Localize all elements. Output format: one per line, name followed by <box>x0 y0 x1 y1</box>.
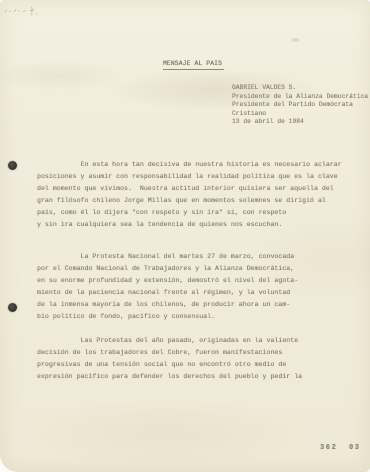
author-role-3: Cristiano <box>232 110 368 119</box>
archive-stamp: 362 03 <box>320 444 361 452</box>
author-name: GABRIEL VALDES S. <box>232 84 368 93</box>
document-title: MENSAJE AL PAIS <box>163 60 224 70</box>
paragraph-2: La Protesta Nacional del martes 27 de ma… <box>37 251 355 324</box>
hole-punch-bottom <box>8 303 17 312</box>
pencil-annotation <box>3 4 45 18</box>
paper-smudge <box>291 38 300 42</box>
scanned-document: MENSAJE AL PAIS GABRIEL VALDES S. Presid… <box>0 0 370 472</box>
author-block: GABRIEL VALDES S. Presidente de la Alian… <box>232 84 368 127</box>
document-page: MENSAJE AL PAIS GABRIEL VALDES S. Presid… <box>0 0 370 472</box>
paragraph-3: Las Protestas del año pasado, originadas… <box>37 335 355 383</box>
document-body: En esta hora tan decisiva de nuestra his… <box>37 159 355 384</box>
hole-punch-top <box>8 161 17 170</box>
document-date: 13 de abril de 1984 <box>232 118 368 127</box>
author-role-2: Presidente del Partido Demócrata <box>232 101 368 110</box>
author-role-1: Presidente de la Alianza Democrática <box>232 93 368 102</box>
paragraph-1: En esta hora tan decisiva de nuestra his… <box>37 159 355 232</box>
